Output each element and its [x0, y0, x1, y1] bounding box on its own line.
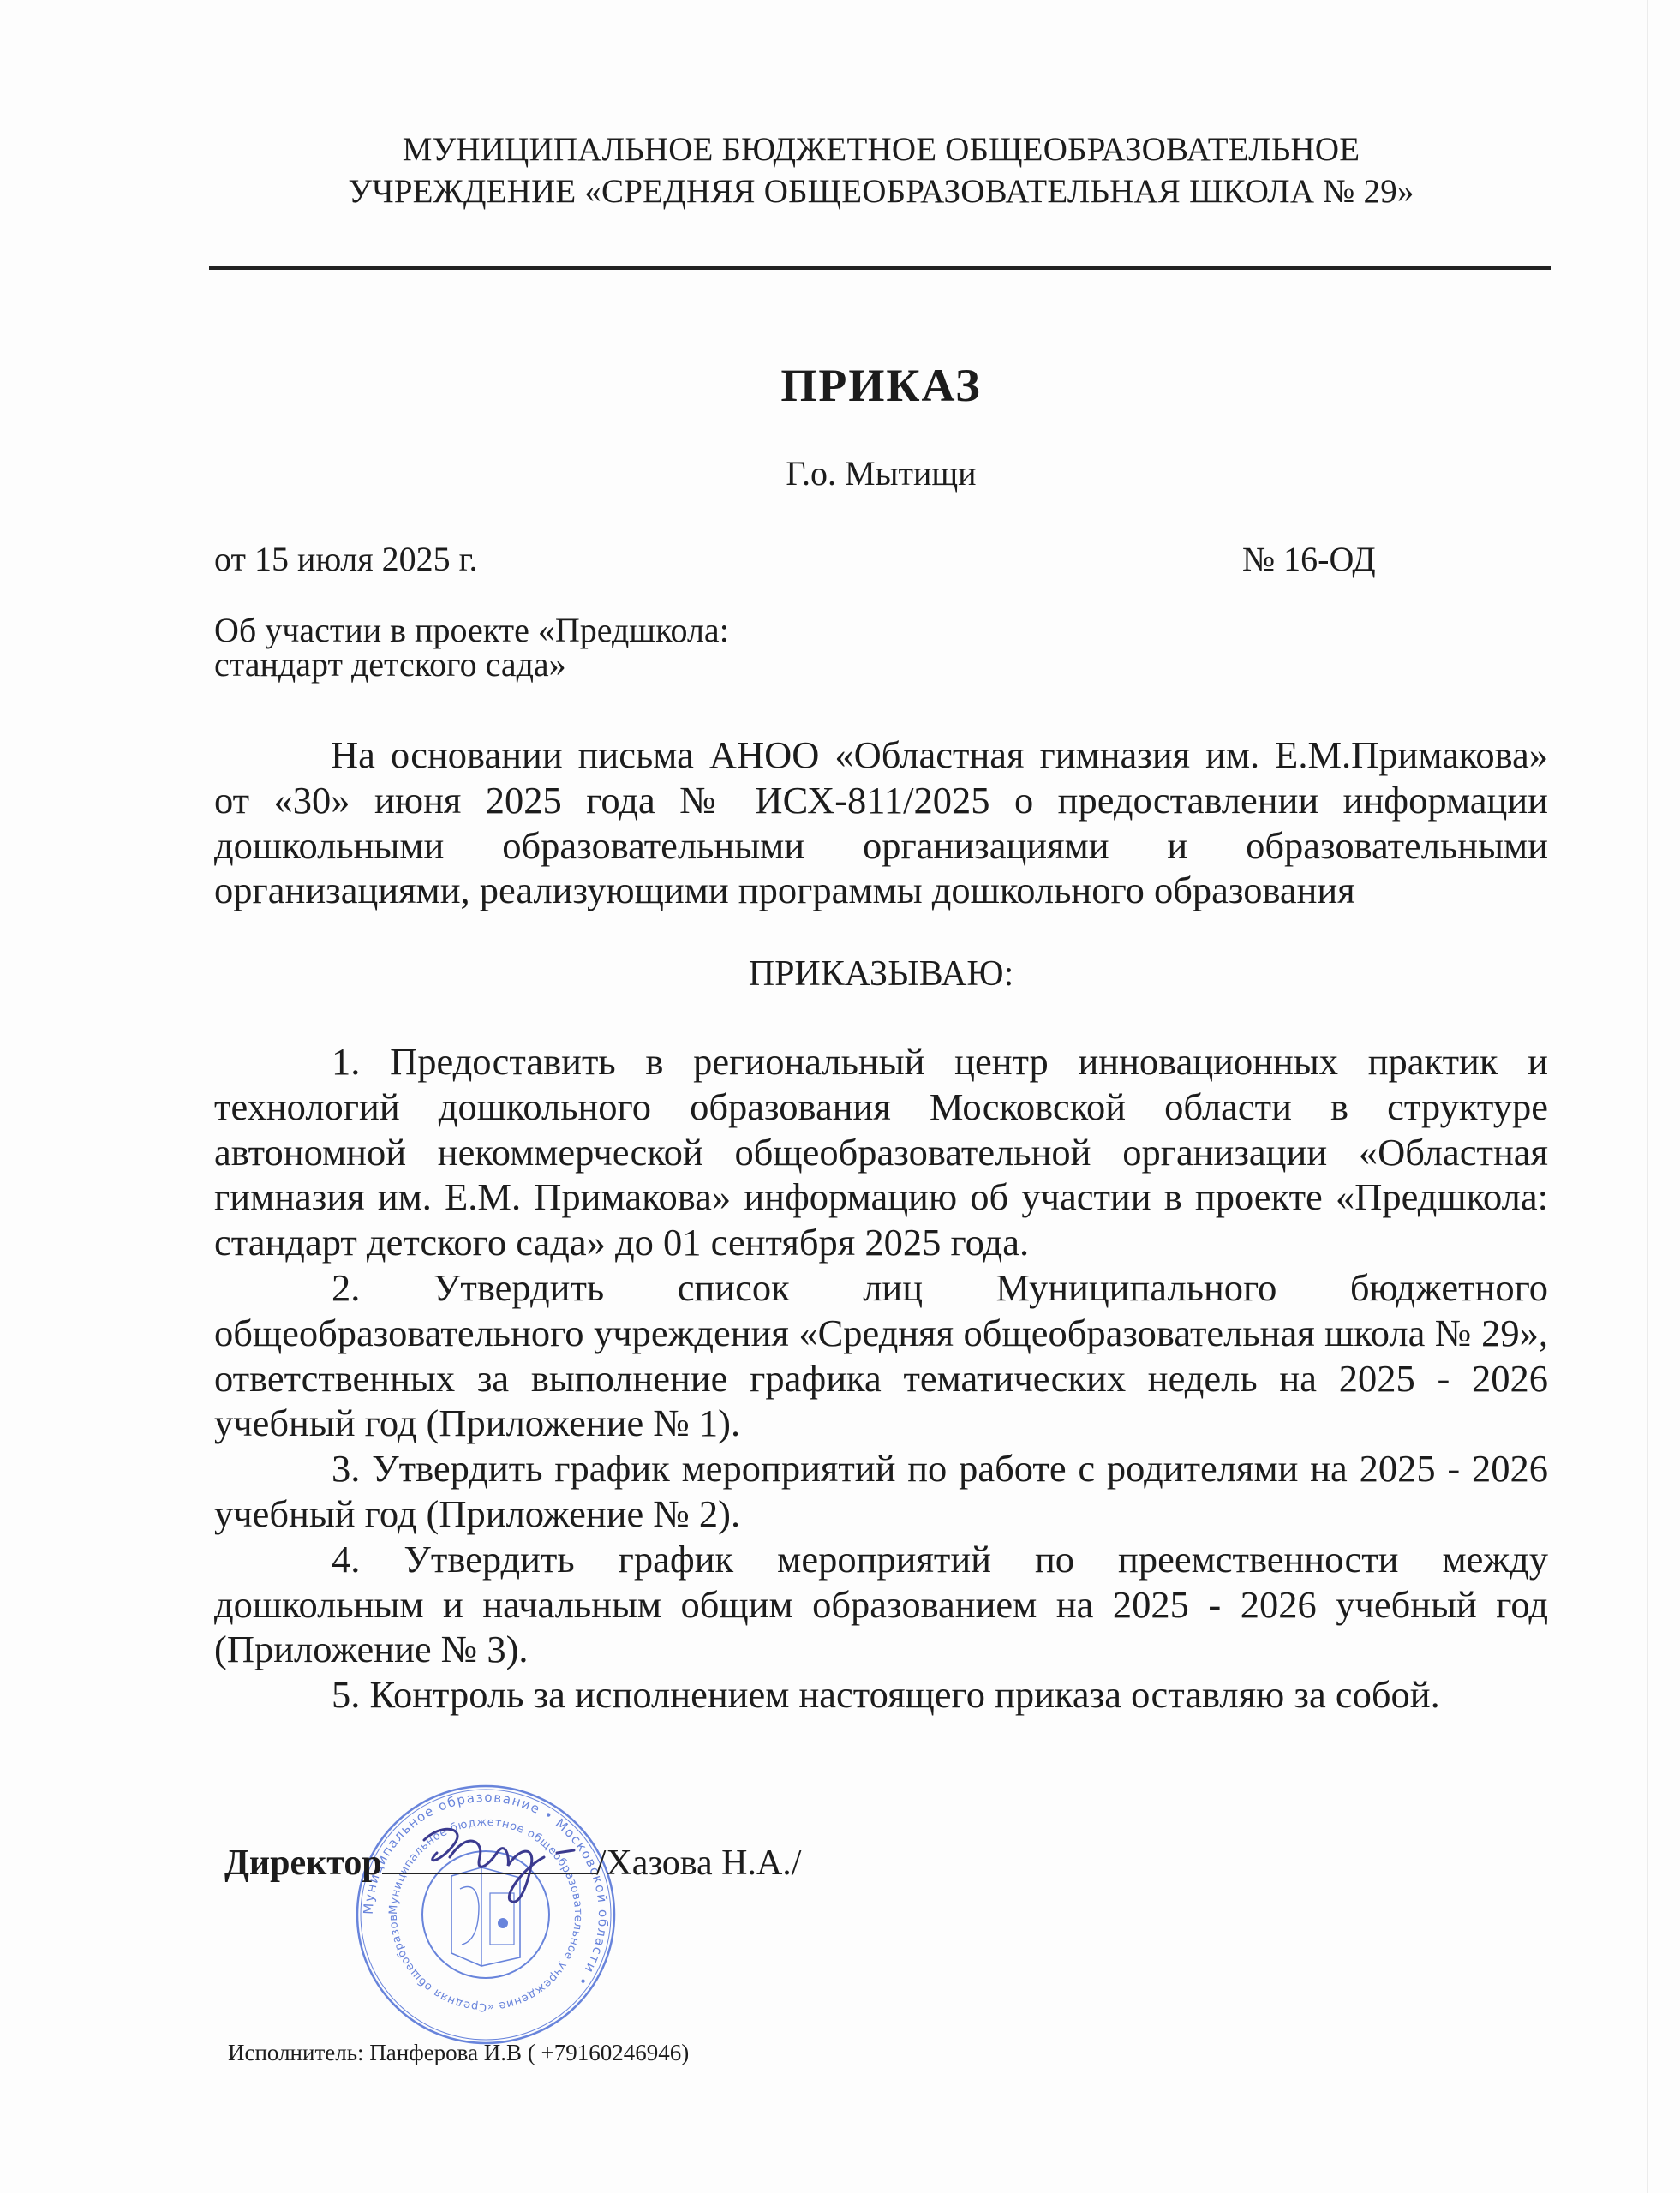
document-title: ПРИКАЗ — [214, 360, 1548, 411]
scan-page-edge — [1647, 0, 1648, 2193]
signature-line — [382, 1842, 596, 1874]
signature-role: Директор — [224, 1843, 382, 1883]
order-item-2: 2. Утвердить список лиц Муниципального б… — [214, 1265, 1548, 1446]
document-subject: Об участии в проекте «Предшкола: стандар… — [214, 613, 985, 682]
preamble-text: На основании письма АНОО «Областная гимн… — [214, 732, 1548, 913]
order-item-3: 3. Утвердить график мероприятий по работ… — [214, 1446, 1548, 1537]
order-item-4: 4. Утвердить график мероприятий по преем… — [214, 1537, 1548, 1672]
header-divider — [209, 266, 1551, 270]
signature-name: /Хазова Н.А./ — [596, 1843, 802, 1883]
document-city: Г.о. Мытищи — [214, 454, 1548, 493]
document-number: № 16-ОД — [1242, 540, 1376, 579]
order-word: ПРИКАЗЫВАЮ: — [214, 953, 1548, 995]
order-items: 1. Предоставить в региональный центр инн… — [214, 1039, 1548, 1718]
svg-text:Муниципальное образование • Мо: Муниципальное образование • Московской о… — [361, 1790, 611, 1989]
org-name-line-1: МУНИЦИПАЛЬНОЕ БЮДЖЕТНОЕ ОБЩЕОБРАЗОВАТЕЛЬ… — [214, 128, 1548, 170]
svg-text:Муниципальное бюджетное общеоб: Муниципальное бюджетное общеобразователь… — [353, 1782, 584, 2013]
signature-row: Директор/Хазова Н.А./ — [224, 1842, 801, 1884]
subject-line-2: стандарт детского сада» — [214, 648, 985, 682]
subject-line-1: Об участии в проекте «Предшкола: — [214, 613, 985, 648]
order-item-5: 5. Контроль за исполнением настоящего пр… — [214, 1672, 1548, 1718]
document-date: от 15 июля 2025 г. — [214, 540, 478, 579]
order-item-1: 1. Предоставить в региональный центр инн… — [214, 1039, 1548, 1265]
preamble: На основании письма АНОО «Областная гимн… — [214, 732, 1548, 913]
official-stamp-icon: Муниципальное образование • Московской о… — [353, 1782, 619, 2047]
executor-contact: Исполнитель: Панферова И.В ( +7916024694… — [228, 2040, 689, 2065]
org-name-line-2: УЧРЕЖДЕНИЕ «СРЕДНЯЯ ОБЩЕОБРАЗОВАТЕЛЬНАЯ … — [214, 170, 1548, 212]
